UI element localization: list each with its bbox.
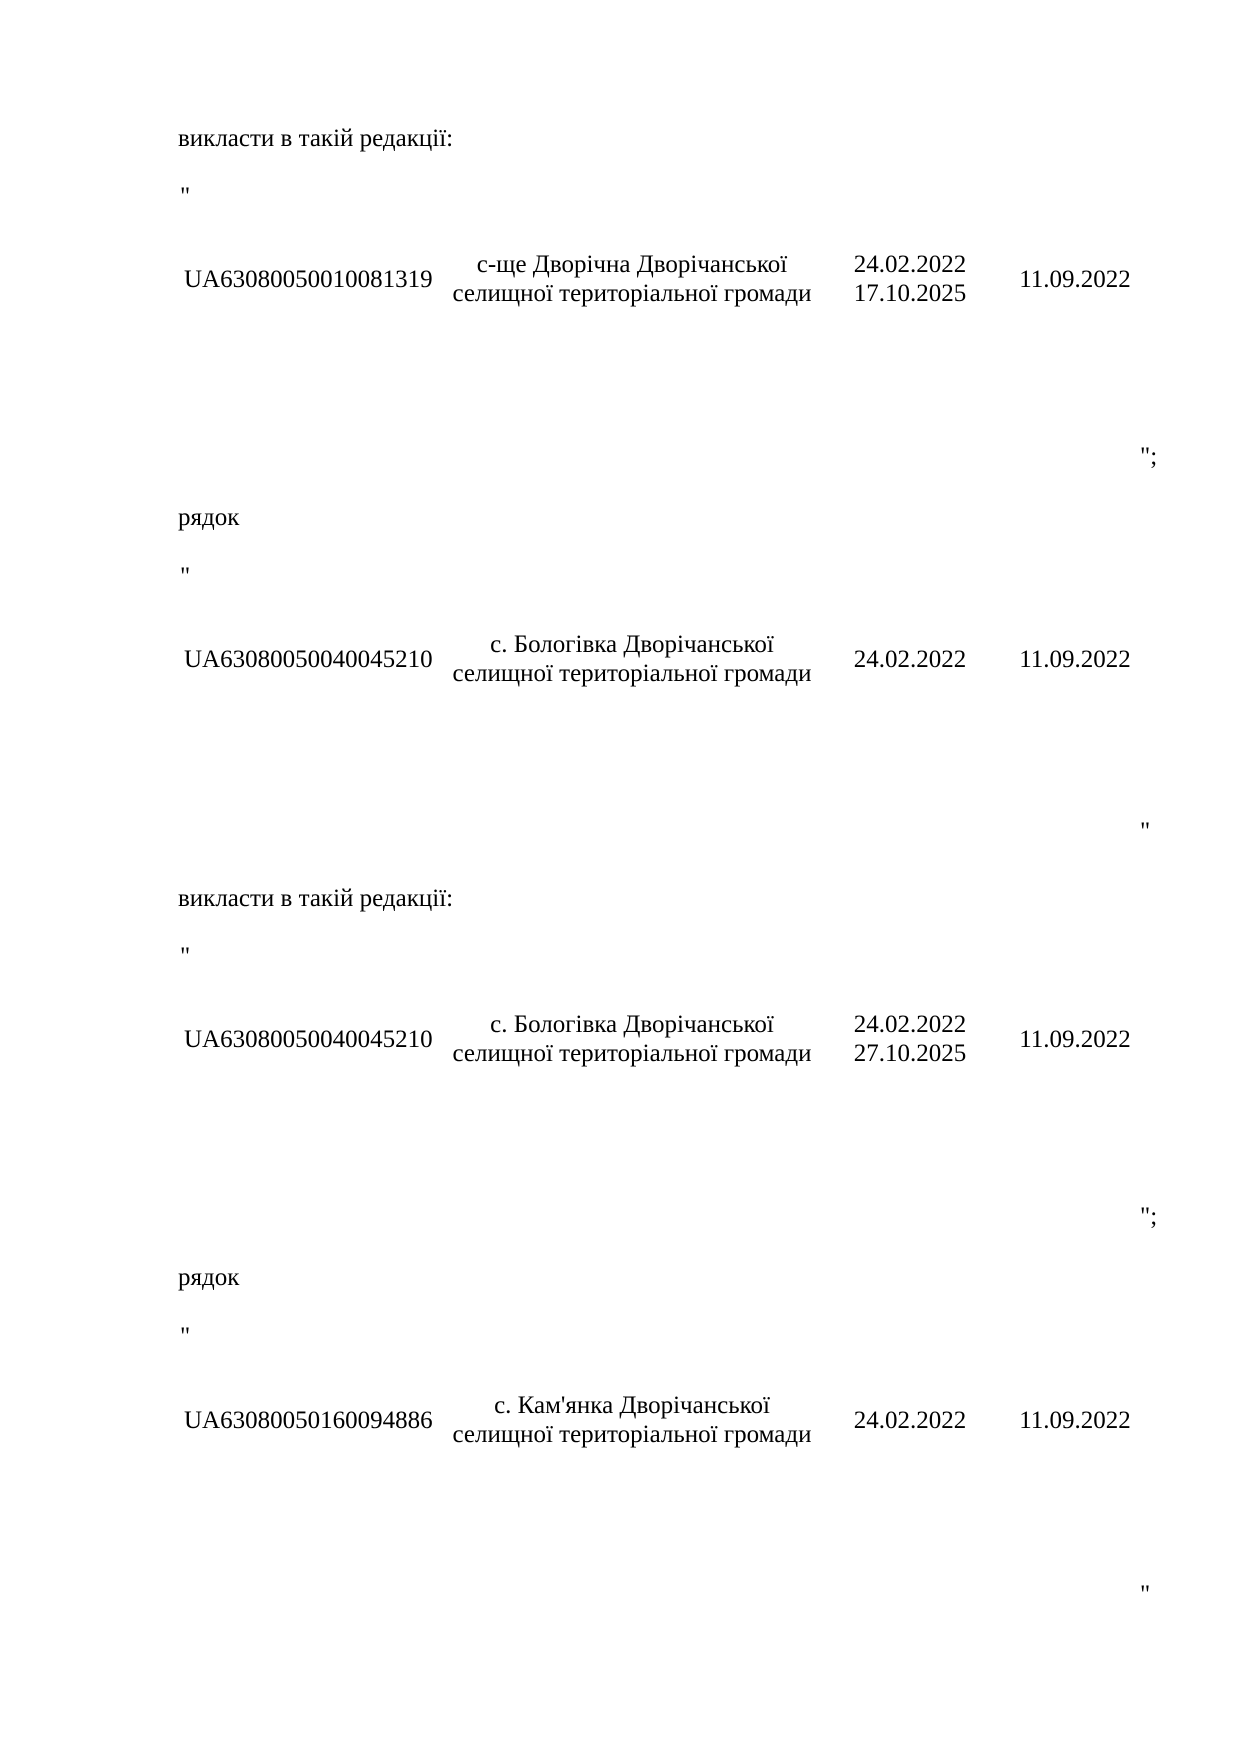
close-quote: ": [1140, 817, 1150, 846]
place-cell: с. Бологівка Дворічанської селищної тери…: [442, 630, 822, 688]
table-row: UA63080050010081319 с-ще Дворічна Дворіч…: [0, 250, 1241, 310]
instruction-text: рядок: [178, 503, 239, 532]
start-date-cell: 24.02.2022: [830, 645, 990, 674]
close-quote: ";: [1140, 1202, 1157, 1231]
end-date-cell: 11.09.2022: [1000, 1025, 1150, 1054]
instruction-text: викласти в такій редакції:: [178, 124, 453, 153]
place-line-1: с. Кам'янка Дворічанської: [442, 1391, 822, 1420]
code-cell: UA63080050040045210: [184, 1025, 434, 1054]
open-quote: ": [180, 562, 190, 591]
start-date: 24.02.2022: [830, 1010, 990, 1039]
end-date-cell: 11.09.2022: [1000, 265, 1150, 294]
code-cell: UA63080050010081319: [184, 265, 434, 294]
end-date-cell: 11.09.2022: [1000, 645, 1150, 674]
place-line-2: селищної територіальної громади: [442, 1039, 822, 1068]
start-date: 24.02.2022: [830, 1406, 990, 1435]
start-date: 24.02.2022: [830, 250, 990, 279]
place-cell: с. Кам'янка Дворічанської селищної терит…: [442, 1391, 822, 1449]
close-quote: ";: [1140, 442, 1157, 471]
place-cell: с-ще Дворічна Дворічанської селищної тер…: [442, 250, 822, 308]
place-line-2: селищної територіальної громади: [442, 1420, 822, 1449]
place-line-1: с. Бологівка Дворічанської: [442, 1010, 822, 1039]
start-date-2: 17.10.2025: [830, 279, 990, 308]
open-quote: ": [180, 942, 190, 971]
start-date-cell: 24.02.2022 27.10.2025: [830, 1010, 990, 1068]
code-cell: UA63080050160094886: [184, 1406, 434, 1435]
table-row: UA63080050040045210 с. Бологівка Дворіча…: [0, 1010, 1241, 1070]
place-cell: с. Бологівка Дворічанської селищної тери…: [442, 1010, 822, 1068]
start-date-cell: 24.02.2022: [830, 1406, 990, 1435]
place-line-2: селищної територіальної громади: [442, 659, 822, 688]
instruction-text: рядок: [178, 1263, 239, 1292]
place-line-1: с-ще Дворічна Дворічанської: [442, 250, 822, 279]
instruction-text: викласти в такій редакції:: [178, 884, 453, 913]
table-row: UA63080050160094886 с. Кам'янка Дворічан…: [0, 1391, 1241, 1451]
table-row: UA63080050040045210 с. Бологівка Дворіча…: [0, 630, 1241, 690]
end-date-cell: 11.09.2022: [1000, 1406, 1150, 1435]
start-date-cell: 24.02.2022 17.10.2025: [830, 250, 990, 308]
close-quote: ": [1140, 1580, 1150, 1609]
start-date: 24.02.2022: [830, 645, 990, 674]
open-quote: ": [180, 182, 190, 211]
start-date-2: 27.10.2025: [830, 1039, 990, 1068]
place-line-1: с. Бологівка Дворічанської: [442, 630, 822, 659]
open-quote: ": [180, 1322, 190, 1351]
code-cell: UA63080050040045210: [184, 645, 434, 674]
place-line-2: селищної територіальної громади: [442, 279, 822, 308]
